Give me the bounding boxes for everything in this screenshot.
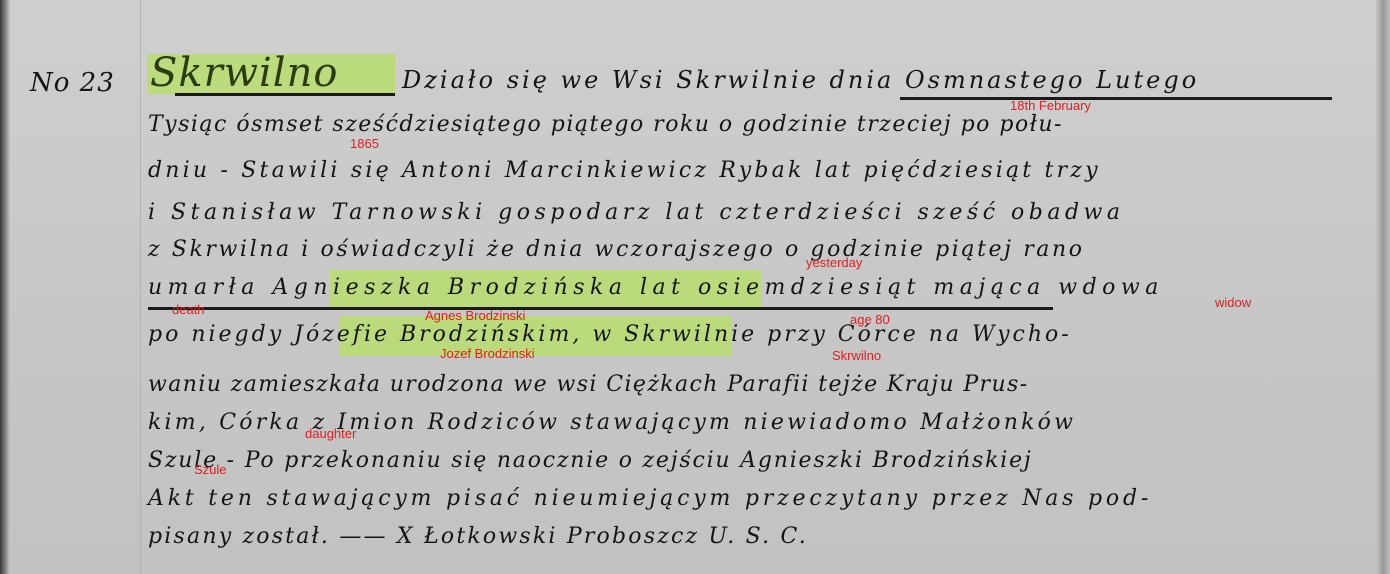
scanned-record-page: No 23 Skrwilno Działo się we Wsi Skrwiln… [0, 0, 1390, 574]
record-line-2: Tysiąc ósmset sześćdziesiątego piątego r… [148, 112, 1063, 137]
annotation-death: death [172, 302, 205, 317]
annotation-yesterday: yesterday [806, 255, 862, 270]
annotation-place: Skrwilno [832, 348, 881, 363]
death-underline [148, 307, 1053, 310]
annotation-widow: widow [1215, 295, 1251, 310]
annotation-daughter: daughter [305, 426, 356, 441]
place-heading: Skrwilno [150, 50, 338, 96]
annotation-deceased-name: Agnes Brodzinski [425, 308, 525, 323]
record-line-11: Akt ten stawającym pisać nieumiejącym pr… [148, 486, 1152, 511]
annotation-age: age 80 [850, 312, 890, 327]
date-underline [900, 97, 1332, 100]
record-line-12: pisany został. —— X Łotkowski Proboszcz … [148, 524, 808, 549]
record-line-8: waniu zamieszkała urodzona we wsi Ciężka… [148, 372, 1029, 397]
page-right-edge [1376, 0, 1390, 574]
margin-rule [140, 0, 141, 574]
record-line-10: Szule - Po przekonaniu się naocznie o ze… [148, 448, 1033, 473]
annotation-date: 18th February [1010, 98, 1091, 113]
record-line-7: po niegdy Józefie Brodzińskim, w Skrwiln… [148, 322, 1072, 347]
heading-underline [175, 93, 395, 96]
record-line-4: i Stanisław Tarnowski gospodarz lat czte… [148, 200, 1125, 225]
record-line-6: umarła Agnieszka Brodzińska lat osiemdzi… [148, 275, 1164, 300]
page-binding-edge [0, 0, 10, 574]
annotation-surname: Szule [194, 462, 227, 477]
annotation-year: 1865 [350, 136, 379, 151]
entry-number: No 23 [30, 68, 115, 98]
record-line-5: z Skrwilna i oświadczyli że dnia wczoraj… [148, 237, 1085, 262]
record-line-3: dniu - Stawili się Antoni Marcinkiewicz … [148, 158, 1101, 183]
record-line-1: Działo się we Wsi Skrwilnie dnia Osmnast… [402, 66, 1199, 94]
annotation-spouse-name: Jozef Brodzinski [440, 346, 535, 361]
record-line-9: kim, Córka z Imion Rodziców stawającym n… [148, 410, 1076, 435]
